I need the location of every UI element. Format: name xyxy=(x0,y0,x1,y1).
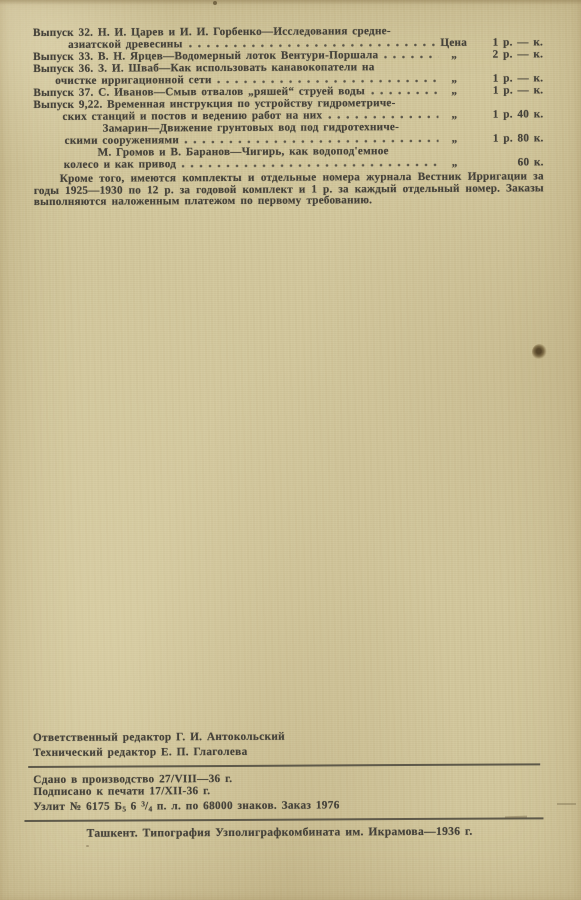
issue-text: Замарин—Движение грунтовых вод под гидро… xyxy=(103,121,400,135)
price-label: Цена xyxy=(440,37,467,49)
colophon: Ответственный редактор Г. И. Антокольски… xyxy=(33,728,544,841)
issue-text: Выпуск 32. Н. И. Царев и И. И. Горбенко—… xyxy=(33,25,391,39)
scanned-book-page: Выпуск 32. Н. И. Царев и И. И. Горбенко—… xyxy=(0,0,581,900)
print-order-line: Узлит № 6175 Б5 6 3/4 п. л. по 68000 зна… xyxy=(33,796,543,816)
price-value: 2 р. — к. xyxy=(467,48,543,60)
issue-text: Выпуск 9,22. Временная инструкция по уст… xyxy=(33,97,395,111)
price-value: 60 к. xyxy=(468,156,544,168)
price-label: „ xyxy=(441,73,467,85)
issue-price-list: Выпуск 32. Н. И. Царев и И. И. Горбенко—… xyxy=(33,24,544,208)
price-label: „ xyxy=(442,133,468,145)
availability-note: Кроме того, имеются комплекты и отдельны… xyxy=(34,171,544,208)
dot-leader xyxy=(218,79,439,84)
price-label: „ xyxy=(441,109,467,121)
print-order-text: п. л. по 68000 знаков. Заказ 1976 xyxy=(152,799,340,812)
dot-leader xyxy=(384,55,438,59)
technical-editor-line: Технический редактор Е. П. Глаголева xyxy=(33,743,543,760)
print-order-text: 6 xyxy=(126,800,141,812)
pencil-mark xyxy=(557,803,576,805)
price-value: 1 р. 80 к. xyxy=(468,132,544,144)
dot-leader xyxy=(182,163,439,168)
issue-text: очистке ирригационной сети xyxy=(55,74,211,87)
price-value: 1 р. — к. xyxy=(467,84,543,96)
list-item: колесо и как привод „ 60 к. xyxy=(34,156,544,171)
issue-text: колесо и как привод xyxy=(64,158,176,171)
printer-imprint-line: Ташкент. Типография Узполиграфкомбината … xyxy=(34,824,544,841)
issue-text: азиатской древесины xyxy=(68,38,183,51)
price-label: „ xyxy=(441,85,467,97)
price-label: „ xyxy=(442,157,468,169)
price-value: 1 р. — к. xyxy=(467,36,543,48)
divider-rule xyxy=(24,818,543,822)
price-value: 1 р. — к. xyxy=(467,72,543,84)
dot-leader xyxy=(371,91,438,95)
issue-text: Выпуск 36. З. И. Шваб—Как использовать к… xyxy=(33,61,374,75)
dot-leader xyxy=(185,139,439,144)
price-label: „ xyxy=(441,49,467,61)
dot-leader xyxy=(328,115,438,120)
dot-leader xyxy=(189,43,438,48)
issue-text: скими сооружениями xyxy=(65,134,179,147)
paper-stain xyxy=(532,344,547,360)
paper-speck xyxy=(86,845,89,847)
print-order-text: Узлит № 6175 Б xyxy=(33,800,122,812)
issue-text: М. Громов и В. Баранов—Чигирь, как водоп… xyxy=(98,145,389,159)
price-value: 1 р. 40 к. xyxy=(467,108,543,120)
paper-speck xyxy=(213,1,217,5)
divider-rule xyxy=(28,763,540,767)
